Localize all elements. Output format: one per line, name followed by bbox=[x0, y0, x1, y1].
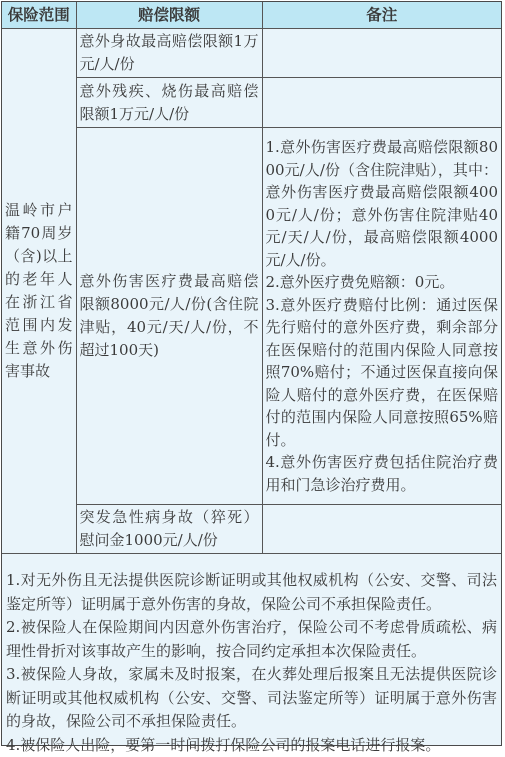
limit-cell-disability-burn: 意外残疾、烧伤最高赔偿限额1万元/人/份 bbox=[76, 78, 262, 128]
table-header-row: 保险范围 赔偿限额 备注 bbox=[2, 2, 501, 29]
footer-note-2: 2.被保险人在保险期间内因意外伤害治疗，保险公司不考虑骨质疏松、病理性骨折对该事… bbox=[6, 616, 497, 663]
limit-cell-sudden-illness: 突发急性病身故（猝死）慰问金1000元/人/份 bbox=[76, 505, 262, 554]
column-header-limit: 赔偿限额 bbox=[76, 2, 262, 29]
table-row: 意外伤害医疗费最高赔偿限额8000元/人/份(含住院津贴，40元/天/人/份，不… bbox=[2, 128, 501, 505]
footer-note-3: 3.被保险人身故，家属未及时报案，在火葬处理后报案且无法提供医院诊断证明或其他权… bbox=[6, 663, 497, 734]
note-cell-empty bbox=[262, 505, 501, 554]
footer-note-4: 4.被保险人出险，要第一时间拨打保险公司的报案电话进行报案。 bbox=[6, 734, 497, 751]
limit-cell-medical-expense: 意外伤害医疗费最高赔偿限额8000元/人/份(含住院津贴，40元/天/人/份，不… bbox=[76, 128, 262, 505]
table-row: 突发急性病身故（猝死）慰问金1000元/人/份 bbox=[2, 505, 501, 554]
note-cell-empty bbox=[262, 29, 501, 78]
insurance-coverage-table: 保险范围 赔偿限额 备注 温岭市户籍70周岁（含)以上的老年人在浙江省范围内发生… bbox=[2, 2, 501, 554]
column-header-remarks: 备注 bbox=[262, 2, 501, 29]
column-header-scope: 保险范围 bbox=[2, 2, 76, 29]
note-item: 3.意外医疗费赔付比例：通过医保先行赔付的意外医疗费，剩余部分在医保赔付的范围内… bbox=[266, 294, 499, 452]
limit-cell-accidental-death: 意外身故最高赔偿限额1万元/人/份 bbox=[76, 29, 262, 78]
footer-note-1: 1.对无外伤且无法提供医院诊断证明或其他权威机构（公安、交警、司法鉴定所等）证明… bbox=[6, 569, 497, 616]
footer-notes: 1.对无外伤且无法提供医院诊断证明或其他权威机构（公安、交警、司法鉴定所等）证明… bbox=[2, 554, 501, 750]
note-cell-empty bbox=[262, 78, 501, 128]
note-cell-medical-expense: 1.意外伤害医疗费最高赔偿限额8000元/人/份（含住院津贴），其中：意外伤害医… bbox=[262, 128, 501, 505]
note-item: 2.意外医疗费免赔额：0元。 bbox=[266, 271, 499, 294]
table-row: 温岭市户籍70周岁（含)以上的老年人在浙江省范围内发生意外伤害事故 意外身故最高… bbox=[2, 29, 501, 78]
insurance-terms-panel: 保险范围 赔偿限额 备注 温岭市户籍70周岁（含)以上的老年人在浙江省范围内发生… bbox=[1, 1, 502, 746]
scope-cell: 温岭市户籍70周岁（含)以上的老年人在浙江省范围内发生意外伤害事故 bbox=[2, 29, 76, 554]
note-item: 4.意外伤害医疗费包括住院治疗费用和门急诊治疗费用。 bbox=[266, 451, 499, 496]
note-item: 1.意外伤害医疗费最高赔偿限额8000元/人/份（含住院津贴），其中：意外伤害医… bbox=[266, 136, 499, 271]
table-row: 意外残疾、烧伤最高赔偿限额1万元/人/份 bbox=[2, 78, 501, 128]
